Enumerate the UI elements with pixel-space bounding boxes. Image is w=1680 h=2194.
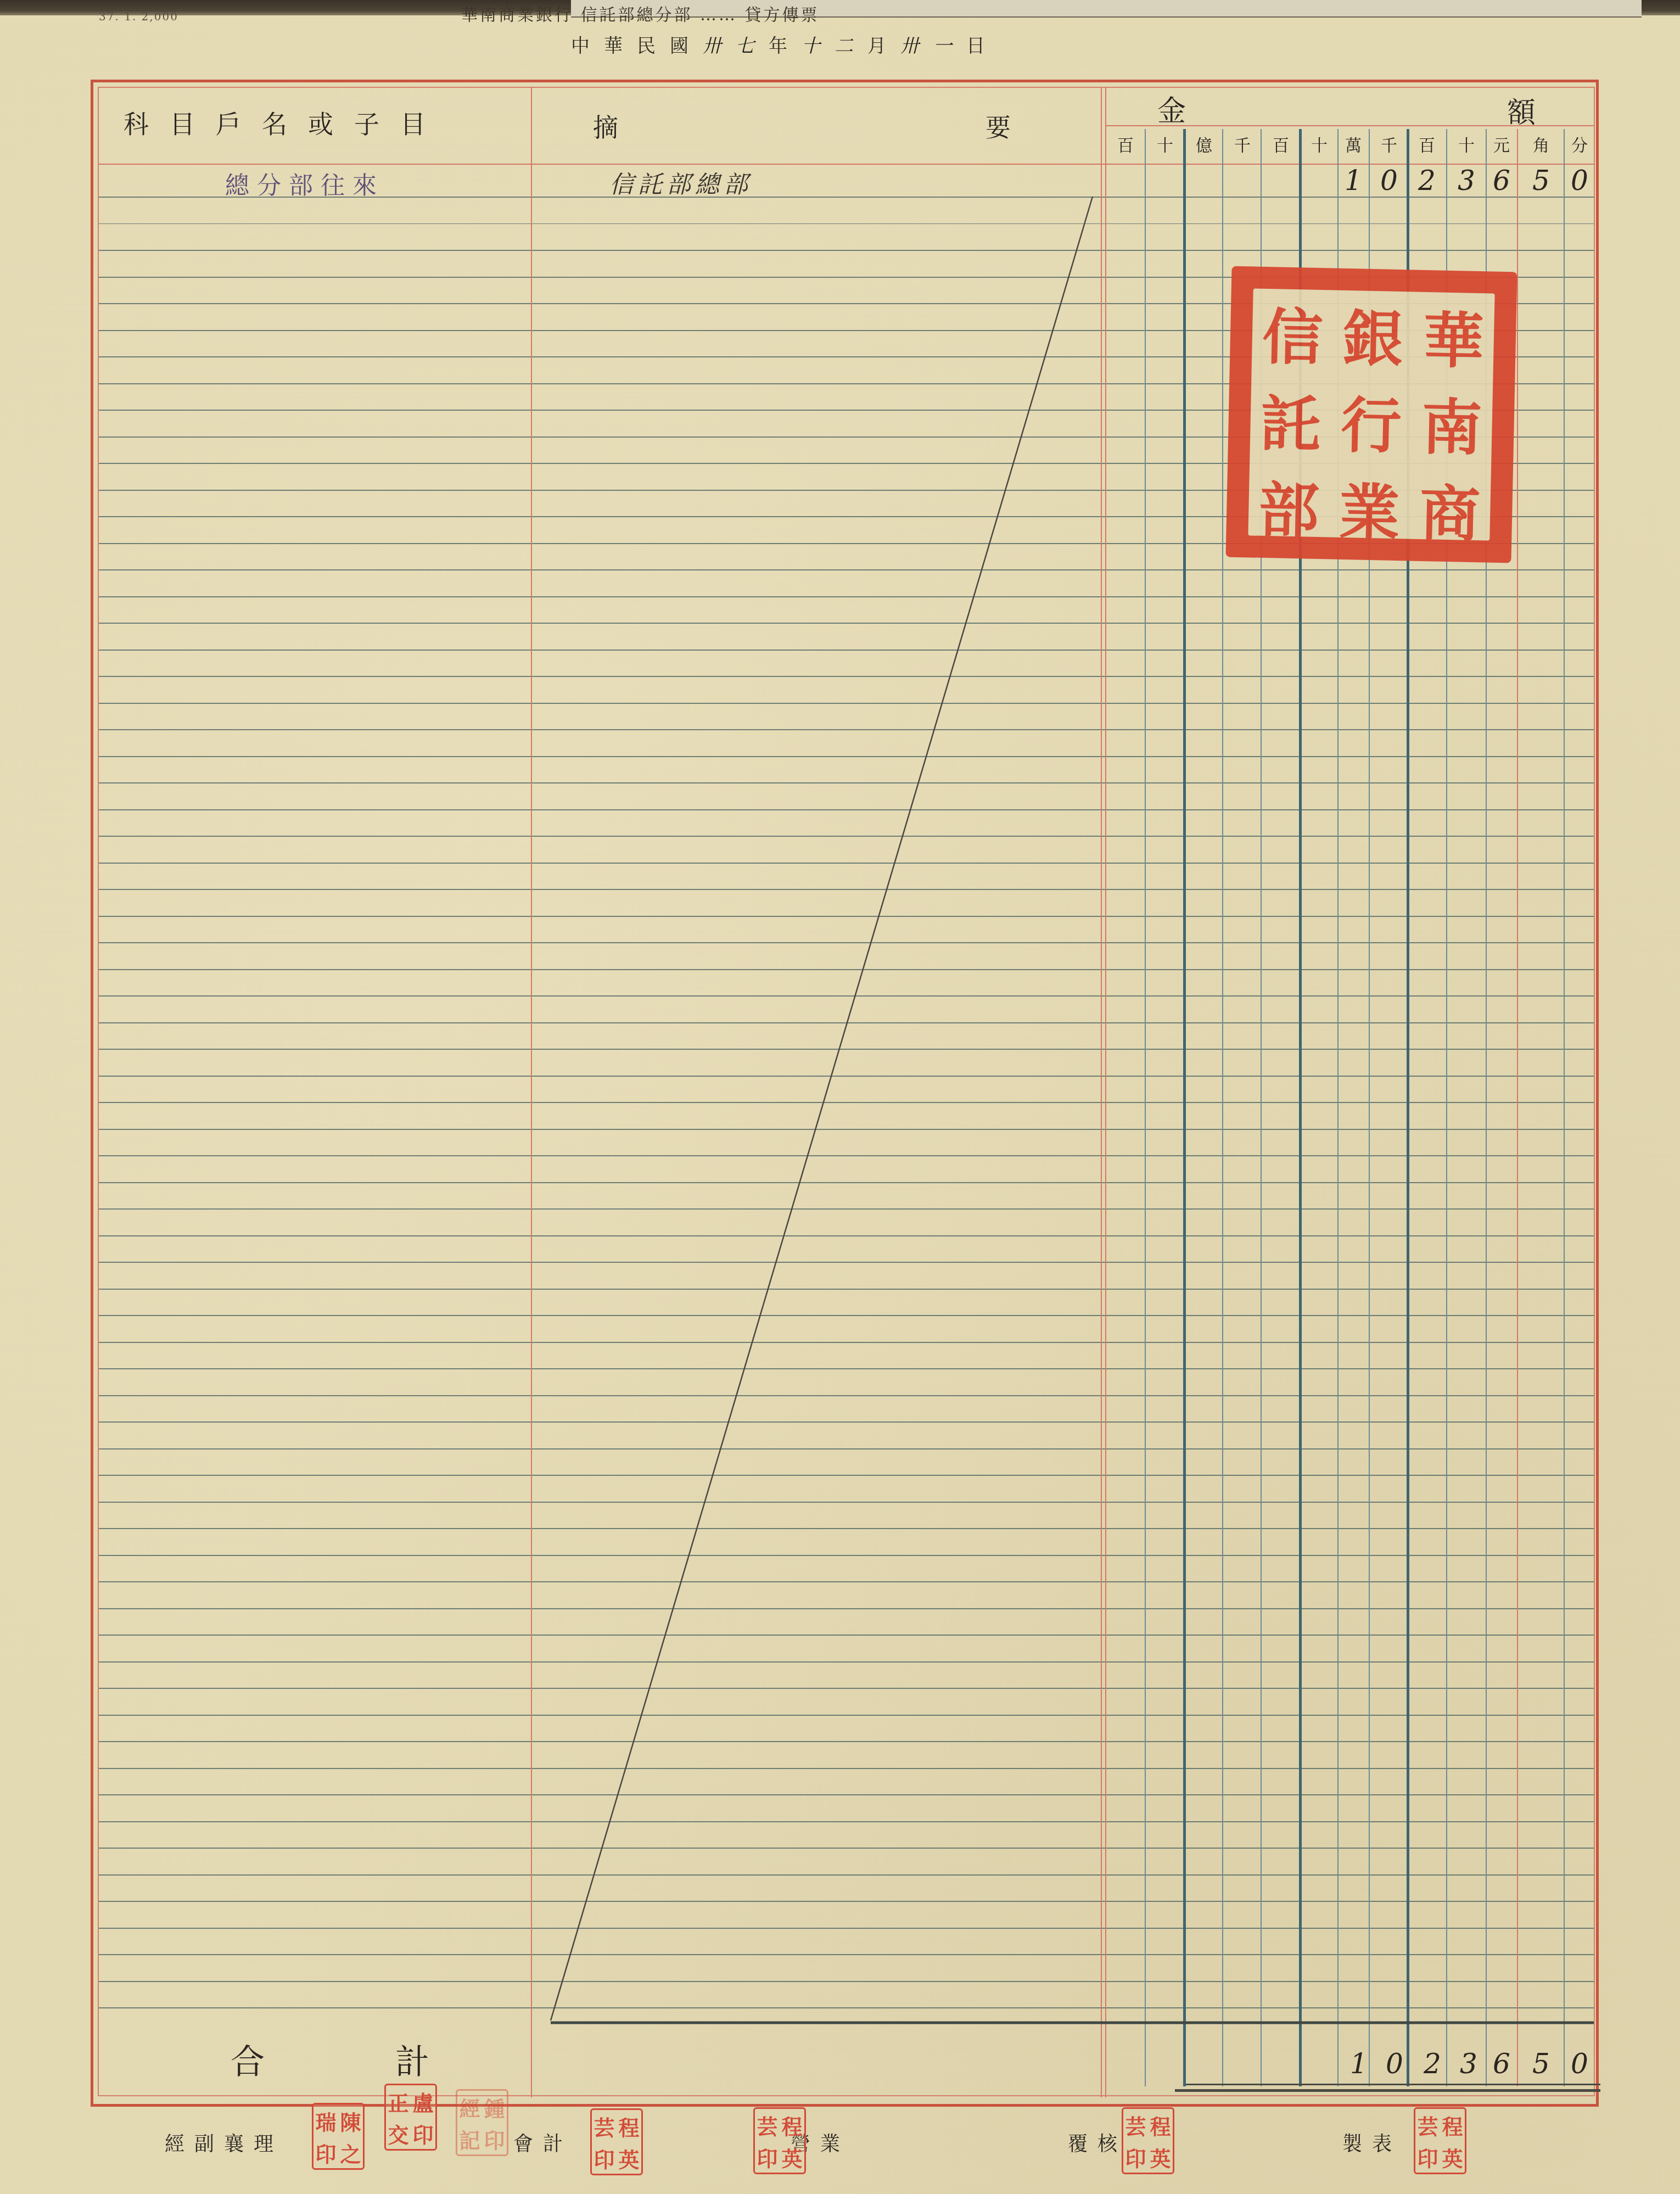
total-digit: 0 (1375, 2048, 1414, 2080)
signature-label-manager: 經副襄理 (165, 2129, 283, 2157)
seal-char: 印 (411, 2117, 435, 2149)
bank-seal-stamp: 華 銀 信 南 行 託 商 業 部 (1226, 266, 1517, 563)
total-double-underline (1175, 2089, 1600, 2092)
seal-char: 英 (780, 2141, 804, 2173)
seal-char: 記 (457, 2123, 482, 2154)
seal-char: 英 (617, 2142, 641, 2174)
accounting-seal: 程 芸 英 印 (590, 2108, 643, 2175)
signature-label-accounting: 會計 (513, 2129, 573, 2157)
seal-char: 盧 (411, 2085, 435, 2117)
seal-char: 印 (1123, 2141, 1148, 2173)
seal-char: 信 (1251, 288, 1334, 377)
total-underline (1186, 2084, 1600, 2085)
seal-char: 經 (457, 2091, 482, 2123)
total-digit: 2 (1413, 2048, 1452, 2080)
total-label-left: 合 (231, 2035, 265, 2084)
signature-label-review: 覆核 (1068, 2129, 1127, 2157)
seal-char: 交 (386, 2117, 411, 2149)
seal-char: 正 (386, 2085, 411, 2117)
seal-char: 銀 (1332, 290, 1414, 379)
seal-char: 程 (1440, 2109, 1465, 2141)
seal-char: 芸 (1123, 2109, 1148, 2141)
manager-seal-1: 陳 瑞 之 印 (312, 2103, 365, 2170)
seal-char: 託 (1250, 375, 1332, 463)
total-digit: 6 (1482, 2048, 1521, 2080)
total-digit: 0 (1560, 2048, 1599, 2080)
seal-char: 陳 (338, 2105, 363, 2136)
seal-char: 鍾 (482, 2091, 507, 2123)
seal-char: 南 (1410, 379, 1493, 467)
seal-char: 印 (592, 2142, 617, 2174)
seal-char: 業 (1328, 463, 1410, 552)
seal-char: 芸 (755, 2109, 780, 2141)
total-label-right: 計 (395, 2035, 429, 2084)
seal-char: 華 (1413, 292, 1495, 380)
seal-char: 印 (482, 2123, 507, 2154)
seal-char: 印 (1415, 2141, 1440, 2173)
seal-char: 英 (1440, 2141, 1465, 2173)
signature-label-prepared: 製表 (1342, 2129, 1402, 2157)
seal-char: 印 (755, 2141, 780, 2173)
seal-char: 部 (1248, 462, 1330, 550)
manager-seal-2: 盧 正 印 交 (384, 2084, 437, 2151)
seal-char: 程 (1148, 2109, 1173, 2141)
seal-char: 程 (617, 2110, 641, 2142)
seal-char: 行 (1330, 377, 1413, 465)
seal-char: 瑞 (313, 2105, 338, 2136)
seal-char: 程 (780, 2109, 804, 2141)
seal-char: 芸 (1415, 2109, 1440, 2141)
total-digit: 5 (1522, 2048, 1560, 2080)
prepared-seal: 程 芸 英 印 (1414, 2107, 1466, 2174)
seal-char: 印 (313, 2136, 338, 2168)
total-digit: 1 (1340, 2048, 1378, 2080)
manager-seal-3: 鍾 經 印 記 (456, 2089, 508, 2156)
seal-char: 英 (1148, 2141, 1173, 2173)
seal-char: 芸 (592, 2110, 617, 2142)
seal-char: 之 (338, 2136, 363, 2168)
business-seal: 程 芸 英 印 (753, 2107, 806, 2174)
review-seal: 程 芸 英 印 (1122, 2107, 1174, 2174)
seal-char: 商 (1409, 466, 1491, 554)
